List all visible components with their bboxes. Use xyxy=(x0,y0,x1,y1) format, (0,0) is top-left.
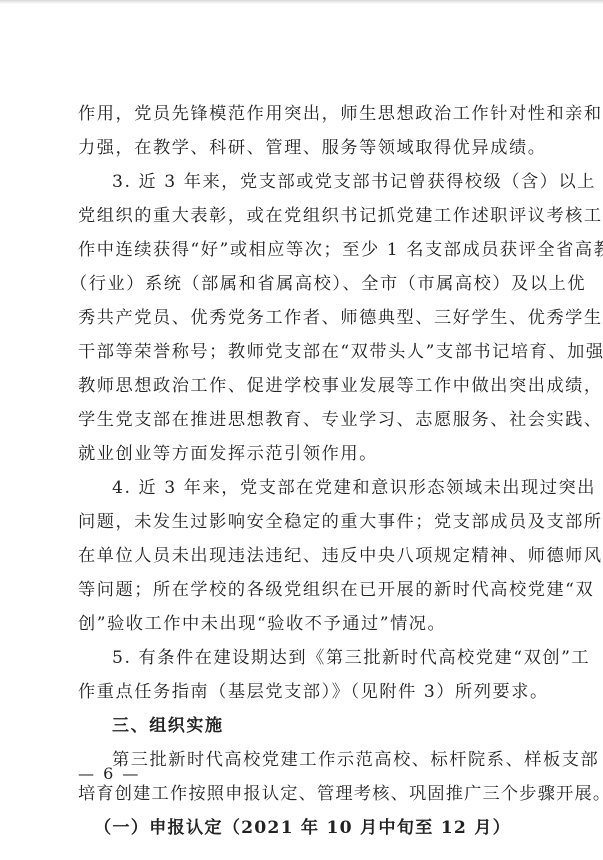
item-4-line: 4. 近 3 年来，党支部在党建和意识形态领域未出现过突出 xyxy=(112,478,596,498)
paragraph-line: 培育创建工作按照申报认定、管理考核、巩固推广三个步骤开展。 xyxy=(78,784,603,804)
item-3-line: 3. 近 3 年来，党支部或党支部书记曾获得校级（含）以上 xyxy=(112,172,596,192)
paragraph-line: 党组织的重大表彰，或在党组织书记抓党建工作述职评议考核工 xyxy=(78,206,603,226)
paragraph-line: 力强，在教学、科研、管理、服务等领域取得优异成绩。 xyxy=(78,138,546,158)
paragraph-line: 干部等荣誉称号；教师党支部在“双带头人”支部书记培育、加强 xyxy=(78,342,603,362)
paragraph-line: 作用，党员先锋模范作用突出，师生思想政治工作针对性和亲和 xyxy=(78,104,603,124)
paragraph-line: 作重点任务指南（基层党支部）》（见附件 3）所列要求。 xyxy=(78,682,549,702)
section-heading: 三、组织实施 xyxy=(112,716,224,736)
paragraph-line: 秀共产党员、优秀党务工作者、师德典型、三好学生、优秀学生 xyxy=(78,308,603,328)
paragraph-line: 等问题；所在学校的各级党组织在已开展的新时代高校党建“双 xyxy=(78,580,594,600)
paragraph-line: 创”验收工作中未出现“验收不予通过”情况。 xyxy=(78,614,446,634)
paragraph-line: 学生党支部在推进思想教育、专业学习、志愿服务、社会实践、 xyxy=(78,410,603,430)
page-number: — 6 — xyxy=(78,764,140,783)
paragraph-line: 就业创业等方面发挥示范引领作用。 xyxy=(78,444,378,464)
paragraph-line: （行业）系统（部属和省属高校）、全市（市属高校）及以上优 xyxy=(70,274,586,294)
item-5-line: 5. 有条件在建设期达到《第三批新时代高校党建“双创”工 xyxy=(112,648,590,668)
paragraph-line: 作中连续获得“好”或相应等次；至少 1 名支部成员获评全省高教 xyxy=(78,240,603,260)
paragraph-line: 在单位人员未出现违法违纪、违反中央八项规定精神、师德师风 xyxy=(78,546,603,566)
paragraph-line: 第三批新时代高校党建工作示范高校、标杆院系、样板支部 xyxy=(112,750,599,770)
paragraph-line: 问题，未发生过影响安全稳定的重大事件；党支部成员及支部所 xyxy=(78,512,603,532)
paragraph-line: 教师思想政治工作、促进学校事业发展等工作中做出突出成绩， xyxy=(78,376,603,396)
subsection-heading: （一）申报认定（2021 年 10 月中旬至 12 月） xyxy=(94,818,511,838)
page-top-edge xyxy=(0,0,603,4)
